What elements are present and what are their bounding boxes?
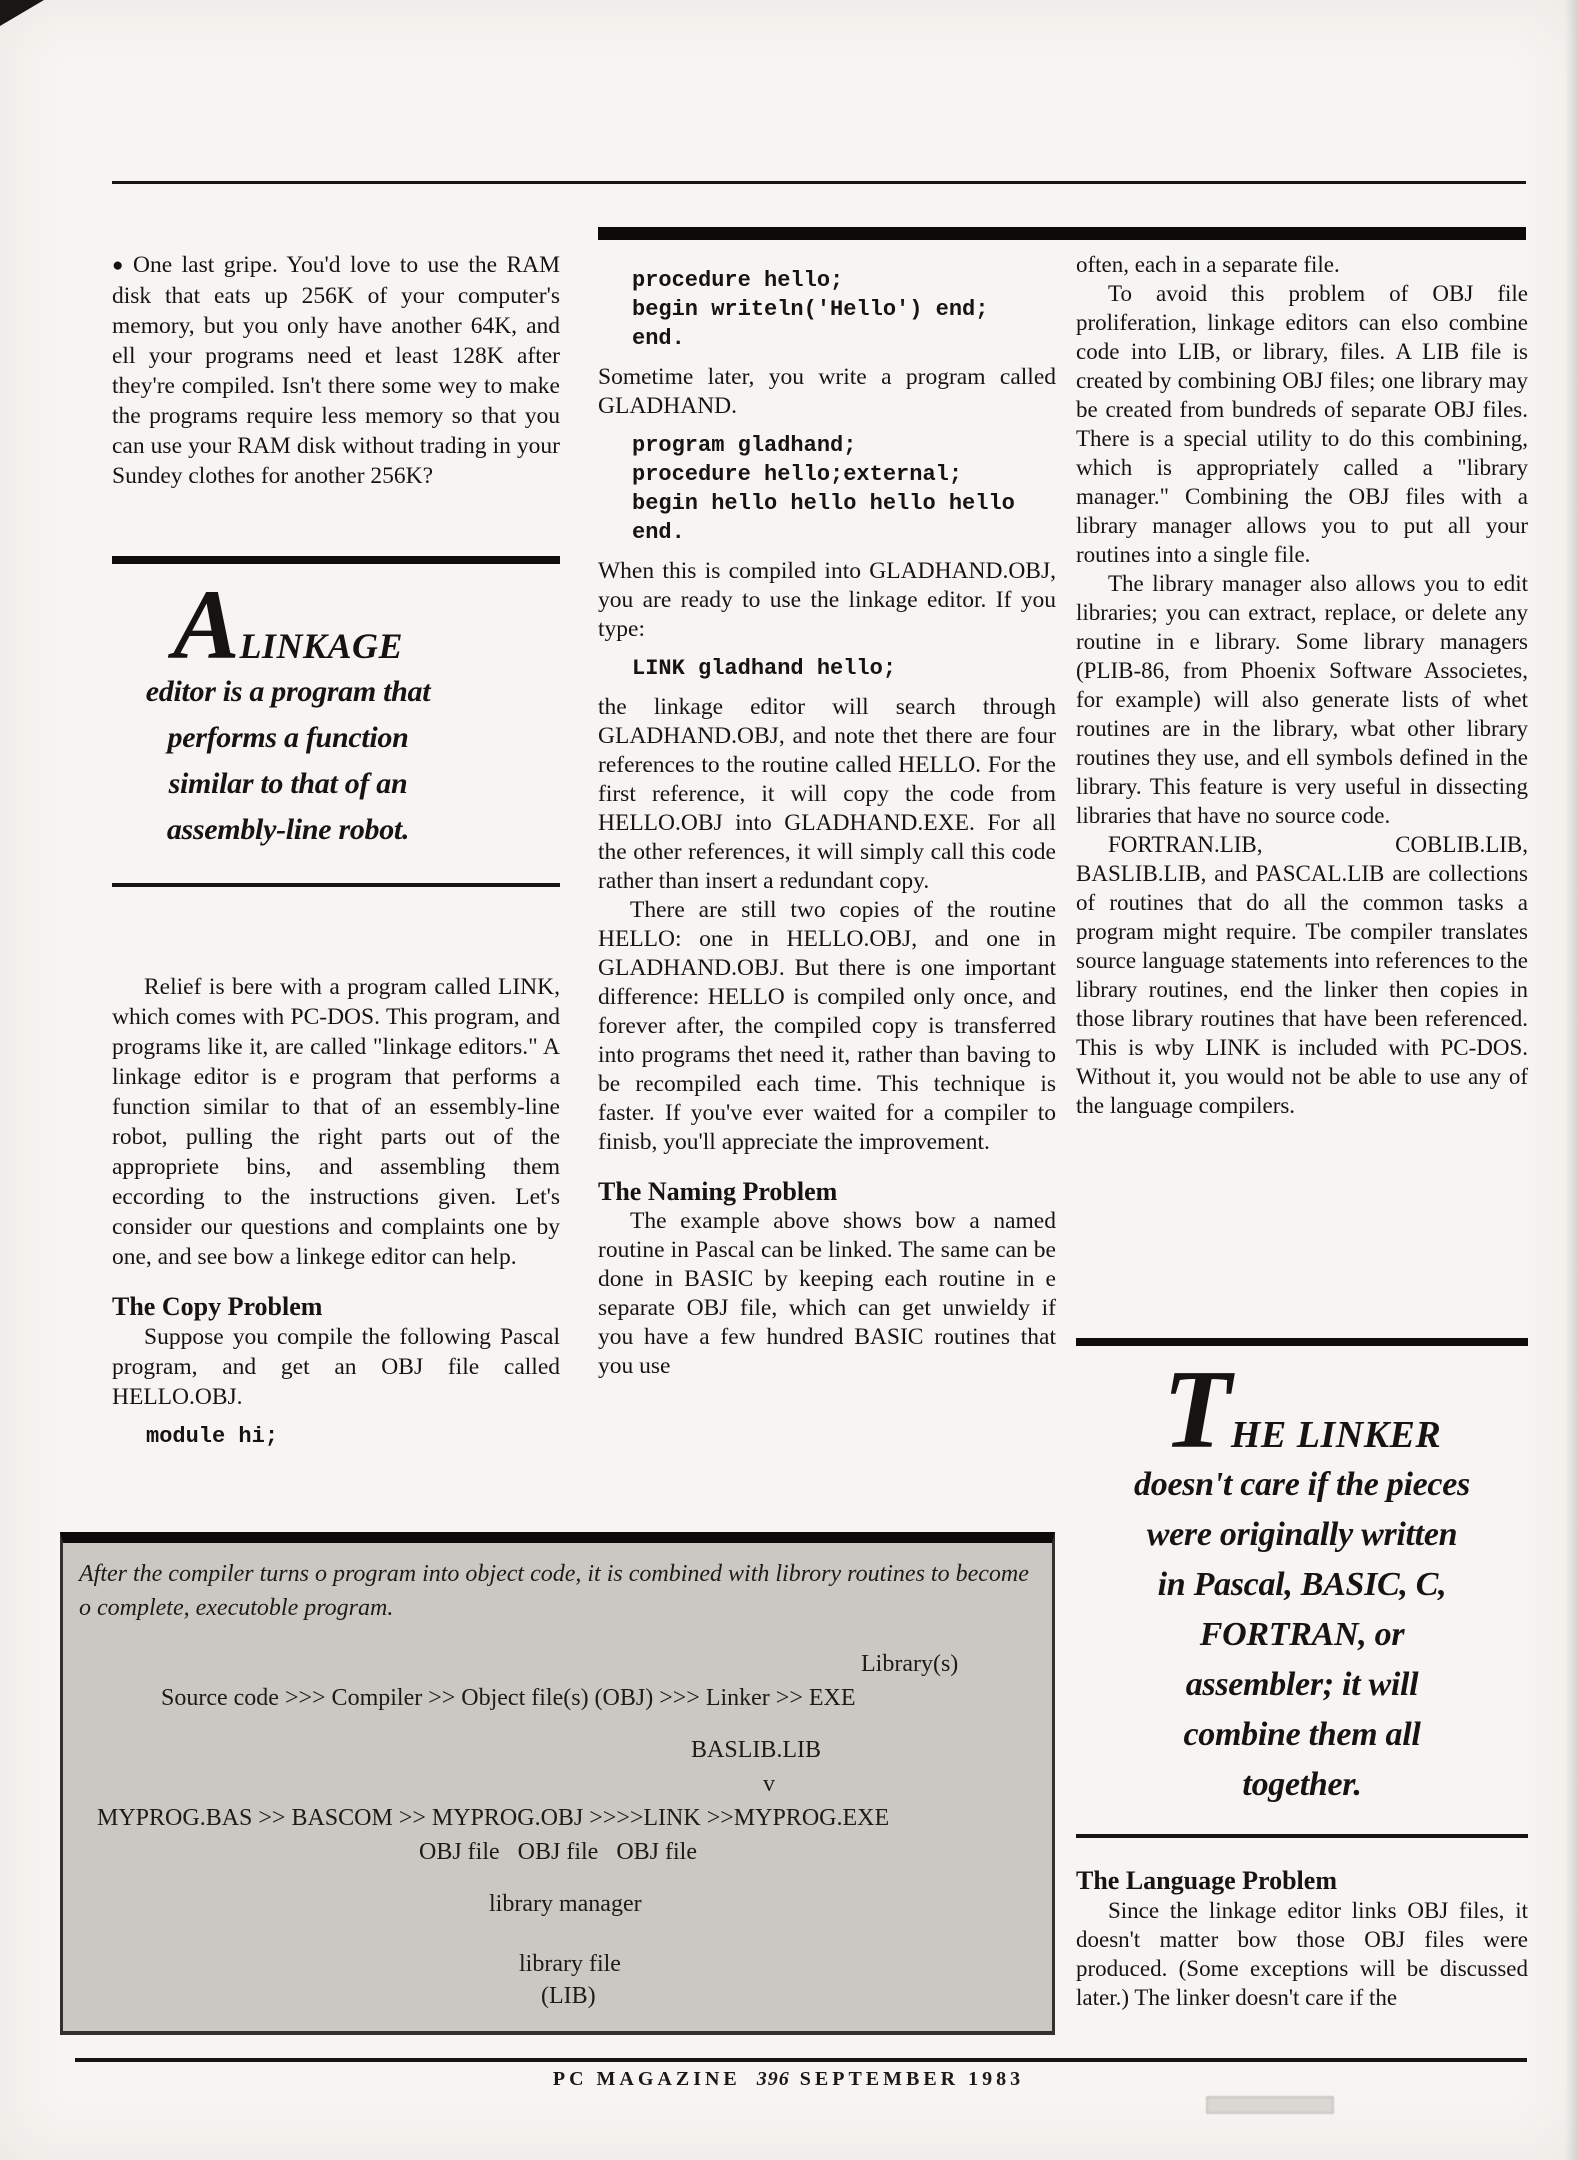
- diagram-library-manager-label: library manager: [489, 1891, 642, 1918]
- pullquote2-bottom-rule: [1076, 1834, 1528, 1838]
- down-arrow-icon: v: [763, 1771, 775, 1798]
- code-line: procedure hello;: [632, 268, 843, 293]
- code-module-hi: module hi;: [146, 1422, 560, 1451]
- diagram-baslib-label: BASLIB.LIB: [691, 1737, 821, 1764]
- right-column-top: often, each in a separate file. To avoid…: [1076, 250, 1528, 1120]
- language-problem-paragraph: Since the linkage editor links OBJ files…: [1076, 1896, 1528, 2012]
- copy-problem-heading: The Copy Problem: [112, 1292, 560, 1322]
- pullquote-lead: LINKAGE: [239, 623, 403, 669]
- linker-diagram-box: After the compiler turns o program into …: [60, 1532, 1055, 2035]
- diagram-caption: After the compiler turns o program into …: [79, 1557, 1029, 1625]
- diagram-library-label: Library(s): [861, 1651, 958, 1678]
- dropcap-t: T: [1163, 1362, 1231, 1458]
- scan-corner-artifact: [0, 0, 44, 26]
- section-start-bar: [598, 227, 1526, 240]
- magazine-page: ●One last gripe. You'd love to use the R…: [0, 0, 1577, 2160]
- pullquote2-lead: HE LINKER: [1231, 1410, 1441, 1460]
- sometime-paragraph: Sometime later, you write a program call…: [598, 363, 1056, 421]
- collections-paragraph: FORTRAN.LIB, COBLIB.LIB, BASLIB.LIB, and…: [1076, 830, 1528, 1120]
- often-paragraph: often, each in a separate file.: [1076, 250, 1528, 279]
- diagram-flow-bottom: MYPROG.BAS >> BASCOM >> MYPROG.OBJ >>>>L…: [97, 1805, 889, 1832]
- issue-date: SEPTEMBER 1983: [800, 2068, 1024, 2090]
- pullquote-line: similar to that of an: [112, 761, 464, 807]
- gripe-paragraph: ●One last gripe. You'd love to use the R…: [112, 250, 560, 491]
- pullquote-line: were originally written: [1076, 1510, 1528, 1560]
- two-copies-paragraph: There are still two copies of the routin…: [598, 896, 1056, 1157]
- pullquote-line: doesn't care if the pieces: [1076, 1460, 1528, 1510]
- left-pullquote-section: ALINKAGE editor is a program that perfor…: [112, 556, 560, 887]
- code-line: begin hello hello hello hello: [632, 491, 1015, 516]
- naming-problem-paragraph: The example above shows bow a named rout…: [598, 1207, 1056, 1381]
- code-line: end.: [632, 520, 685, 545]
- middle-column: procedure hello; begin writeln('Hello') …: [598, 250, 1056, 1381]
- code-program-gladhand: program gladhand; procedure hello;extern…: [632, 431, 1056, 547]
- naming-problem-heading: The Naming Problem: [598, 1177, 1056, 1207]
- footer-rule: [75, 2058, 1527, 2062]
- code-line: program gladhand;: [632, 433, 856, 458]
- pullquote-top-rule: [112, 556, 560, 564]
- pullquote2-first-line: THE LINKER: [1076, 1362, 1528, 1460]
- when-compiled-paragraph: When this is compiled into GLADHAND.OBJ,…: [598, 557, 1056, 644]
- scan-edge-shadow: [1565, 0, 1577, 2160]
- magazine-name: PC MAGAZINE: [553, 2068, 741, 2090]
- pullquote2-top-rule: [1076, 1338, 1528, 1346]
- right-column-lower: The Language Problem Since the linkage e…: [1076, 1834, 1528, 2012]
- diagram-library-file-label: library file: [519, 1951, 621, 1978]
- left-column-lower: Relief is bere with a program called LIN…: [112, 972, 560, 1461]
- pullquote-bottom-rule: [112, 883, 560, 887]
- dropcap-a: A: [173, 582, 239, 668]
- top-rule: [112, 181, 1526, 184]
- pullquote-line: FORTRAN, or: [1076, 1610, 1528, 1660]
- pullquote-linkage: ALINKAGE editor is a program that perfor…: [112, 582, 464, 853]
- pullquote-line: editor is a program that: [112, 669, 464, 715]
- diagram-obj-files-label: OBJ file OBJ file OBJ file: [419, 1839, 697, 1866]
- code-line: begin writeln('Hello') end;: [632, 297, 988, 322]
- bullet-icon: ●: [112, 255, 133, 276]
- code-line: end.: [632, 326, 685, 351]
- library-manager-paragraph: The library manager also allows you to e…: [1076, 569, 1528, 830]
- copy-problem-paragraph: Suppose you compile the following Pascal…: [112, 1322, 560, 1412]
- diagram-lib-paren-label: (LIB): [541, 1983, 596, 2010]
- gripe-text: One last gripe. You'd love to use the RA…: [112, 252, 560, 489]
- scan-stamp: [1206, 2096, 1334, 2114]
- relief-paragraph: Relief is bere with a program called LIN…: [112, 972, 560, 1272]
- pullquote-line: assembler; it will: [1076, 1660, 1528, 1710]
- pullquote-first-line: ALINKAGE: [112, 582, 464, 669]
- pullquote-line: assembly-line robot.: [112, 807, 464, 853]
- pullquote-line: together.: [1076, 1760, 1528, 1810]
- page-footer: PC MAGAZINE396SEPTEMBER 1983: [0, 2068, 1577, 2091]
- code-procedure-hello: procedure hello; begin writeln('Hello') …: [632, 266, 1056, 353]
- diagram-flow-top: Source code >>> Compiler >> Object file(…: [161, 1685, 856, 1712]
- pullquote-line: performs a function: [112, 715, 464, 761]
- code-link-command: LINK gladhand hello;: [632, 654, 1056, 683]
- pullquote-line: combine them all: [1076, 1710, 1528, 1760]
- right-pullquote-section: THE LINKER doesn't care if the pieces we…: [1076, 1338, 1528, 1810]
- search-paragraph: the linkage editor will search through G…: [598, 693, 1056, 896]
- left-column-top: ●One last gripe. You'd love to use the R…: [112, 250, 560, 491]
- avoid-paragraph: To avoid this problem of OBJ file prolif…: [1076, 279, 1528, 569]
- page-number: 396: [757, 2068, 790, 2090]
- code-line: procedure hello;external;: [632, 462, 962, 487]
- language-problem-heading: The Language Problem: [1076, 1866, 1528, 1896]
- pullquote-linker: THE LINKER doesn't care if the pieces we…: [1076, 1362, 1528, 1810]
- pullquote-line: in Pascal, BASIC, C,: [1076, 1560, 1528, 1610]
